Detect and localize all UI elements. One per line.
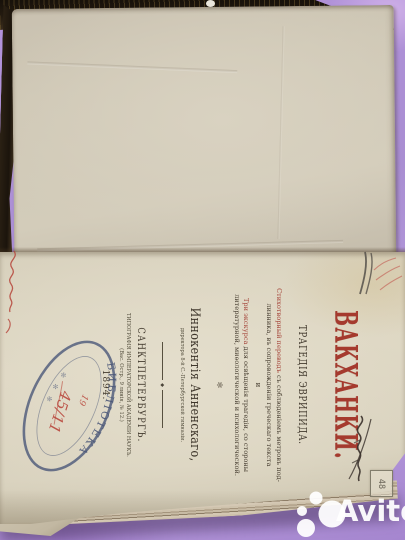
page-crease [278,26,285,238]
avito-wordmark: Avito [336,494,405,528]
author-name: Иннокентія Анненскаго, [188,308,203,462]
blank-verso-page [12,5,397,259]
printer-fleuron-ornament: ✻ [216,255,225,515]
edition-note-line-2: линника, въ сопровожденіи греческаго тек… [264,255,274,515]
edition-note-conjunction: и [253,255,263,515]
stamp-handwritten-number-top: 19 [76,393,90,408]
owner-ink-signature [344,413,376,485]
inventory-number: 48 [377,478,387,488]
edition-note: Стихотворный переводъ съ соблюденіемъ ме… [232,255,284,515]
imprint-city: САНКТПЕТЕРБУРГЪ. [136,327,148,442]
page-crease [28,61,238,73]
rule-ornament: ◆ [160,342,166,428]
edition-note-line-3: Три экскурса для освѣщенія трагедіи, со … [241,255,251,515]
book-photo: ВАКХАНКИ. ТРАГЕДІЯ ЭВРИПИДА. Стихотворны… [0,0,405,540]
book-subtitle: ТРАГЕДІЯ ЭВРИПИДА. [296,325,310,445]
edition-note-line-4: литературной, миѳологической и психологи… [232,255,242,515]
pen-marks-and-red-scribble [350,250,405,298]
edition-note-line-1: Стихотворный переводъ съ соблюденіемъ ме… [274,255,284,515]
rule-line [162,390,163,428]
red-handwritten-inscription [1,247,23,339]
diamond-ornament: ◆ [160,380,166,390]
author-title: директора 8-й С.-Петербургской гимназіи. [180,268,186,502]
rule-line [162,342,163,380]
